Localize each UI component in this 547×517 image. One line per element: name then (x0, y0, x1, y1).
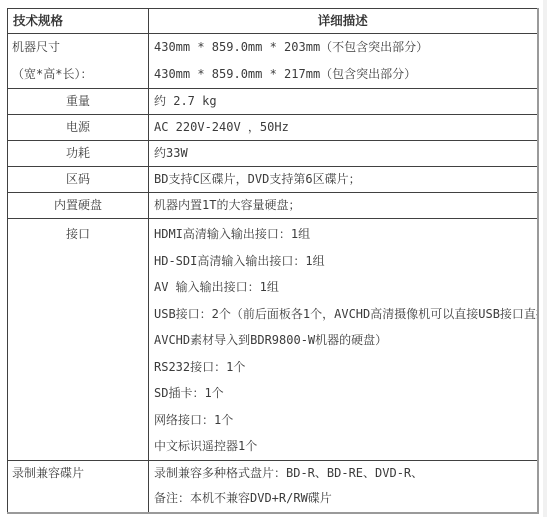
power-consumption-value: 约33W (149, 141, 538, 167)
page-edge-strip (543, 0, 547, 517)
region-code-label: 区码 (8, 167, 149, 193)
region-code-value: BD支持C区碟片，DVD支持第6区碟片； (149, 167, 538, 193)
dimensions-label: 机器尺寸 （宽*高*长）： (8, 34, 149, 89)
table-header-row: 技术规格 详细描述 (8, 9, 538, 34)
dimensions-value-line1: 430mm * 859.0mm * 203mm（不包含突出部分） (154, 34, 537, 61)
row-dimensions: 机器尺寸 （宽*高*长）： 430mm * 859.0mm * 203mm（不包… (8, 34, 538, 89)
internal-hdd-value: 机器内置1T的大容量硬盘； (149, 193, 538, 219)
interfaces-line-avchd: AVCHD素材导入到BDR9800-W机器的硬盘） (154, 327, 537, 354)
interfaces-line-hdsdi: HD-SDI高清输入输出接口：1组 (154, 248, 537, 275)
power-value: AC 220V-240V ，50Hz (149, 115, 538, 141)
compatible-discs-line1: 录制兼容多种格式盘片：BD-R、BD-RE、DVD-R、 (154, 461, 537, 487)
compatible-discs-value: 录制兼容多种格式盘片：BD-R、BD-RE、DVD-R、 备注：本机不兼容DVD… (149, 460, 538, 513)
compatible-discs-label: 录制兼容碟片 (8, 460, 149, 513)
interfaces-line-network: 网络接口：1个 (154, 407, 537, 434)
interfaces-value: HDMI高清输入输出接口：1组 HD-SDI高清输入输出接口：1组 AV 输入输… (149, 219, 538, 461)
compatible-discs-label-text: 录制兼容碟片 (12, 461, 148, 487)
interfaces-line-hdmi: HDMI高清输入输出接口：1组 (154, 221, 537, 248)
row-compatible-discs: 录制兼容碟片 录制兼容多种格式盘片：BD-R、BD-RE、DVD-R、 备注：本… (8, 460, 538, 513)
row-internal-hdd: 内置硬盘 机器内置1T的大容量硬盘； (8, 193, 538, 219)
interfaces-label: 接口 (8, 219, 149, 461)
dimensions-label-line1: 机器尺寸 (12, 34, 148, 61)
weight-value: 约 2.7 kg (149, 89, 538, 115)
dimensions-value: 430mm * 859.0mm * 203mm（不包含突出部分） 430mm *… (149, 34, 538, 89)
interfaces-line-usb: USB接口：2个（前后面板各1个，AVCHD高清摄像机可以直接USB接口直接把 (154, 301, 537, 328)
dimensions-label-line2: （宽*高*长）： (12, 61, 148, 88)
row-power-consumption: 功耗 约33W (8, 141, 538, 167)
power-consumption-label: 功耗 (8, 141, 149, 167)
interfaces-line-av: AV 输入输出接口：1组 (154, 274, 537, 301)
power-label: 电源 (8, 115, 149, 141)
weight-label: 重量 (8, 89, 149, 115)
spec-table-container: 技术规格 详细描述 机器尺寸 （宽*高*长）： 430mm * 859.0mm … (7, 8, 539, 514)
row-power: 电源 AC 220V-240V ，50Hz (8, 115, 538, 141)
row-region-code: 区码 BD支持C区碟片，DVD支持第6区碟片； (8, 167, 538, 193)
row-interfaces: 接口 HDMI高清输入输出接口：1组 HD-SDI高清输入输出接口：1组 AV … (8, 219, 538, 461)
row-weight: 重量 约 2.7 kg (8, 89, 538, 115)
compatible-discs-line2: 备注：本机不兼容DVD+R/RW碟片 (154, 486, 537, 512)
interfaces-line-rs232: RS232接口：1个 (154, 354, 537, 381)
internal-hdd-label: 内置硬盘 (8, 193, 149, 219)
interfaces-line-sd: SD插卡：1个 (154, 380, 537, 407)
spec-table: 技术规格 详细描述 机器尺寸 （宽*高*长）： 430mm * 859.0mm … (7, 8, 539, 514)
header-cell-detail: 详细描述 (149, 9, 538, 34)
dimensions-value-line2: 430mm * 859.0mm * 217mm（包含突出部分） (154, 61, 537, 88)
header-cell-spec: 技术规格 (8, 9, 149, 34)
interfaces-line-remote: 中文标识遥控器1个 (154, 433, 537, 460)
